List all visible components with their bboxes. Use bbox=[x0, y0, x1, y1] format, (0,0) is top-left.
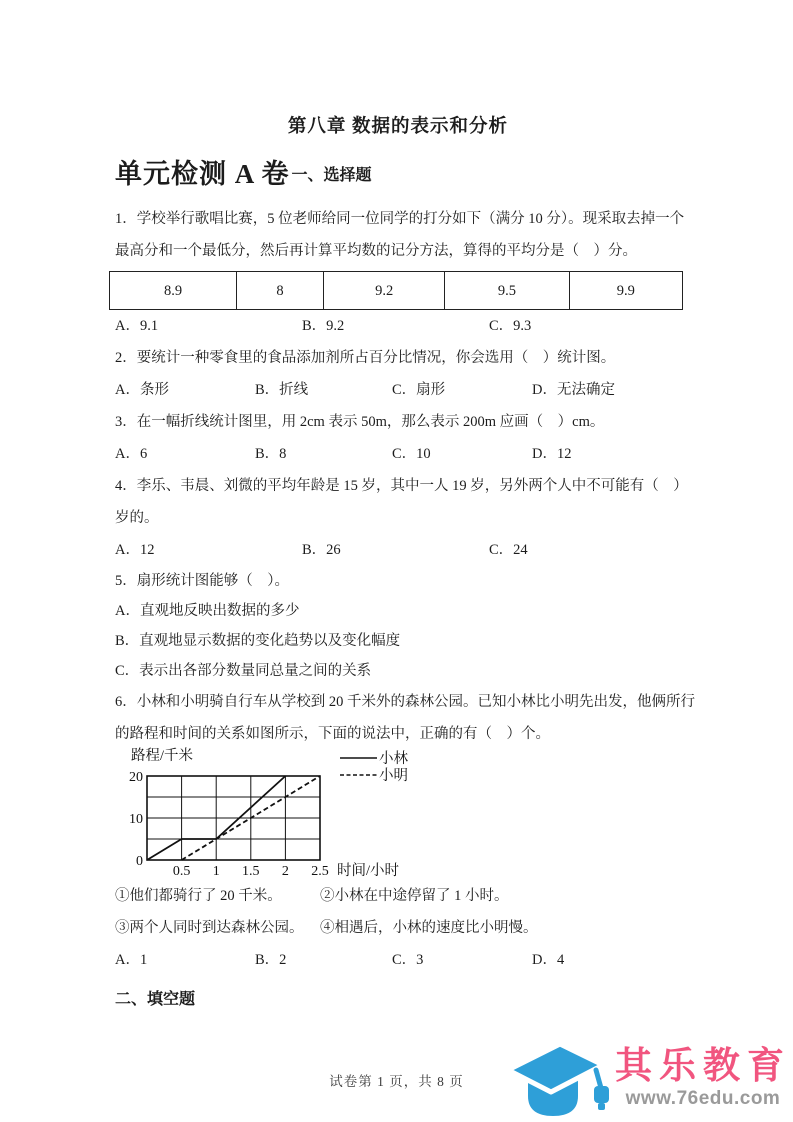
q5-option-b: B．直观地显示数据的变化趋势以及变化幅度 bbox=[115, 626, 681, 656]
q1-option-c: C．9.3 bbox=[489, 310, 676, 342]
q4-option-b: B．26 bbox=[302, 534, 489, 566]
q3-option-d: D．12 bbox=[532, 438, 571, 470]
q6-option-b: B．2 bbox=[255, 944, 392, 976]
q1-text-line1: 1．学校举行歌唱比赛，5 位老师给同一位同学的打分如下（满分 10 分）。现采取… bbox=[115, 203, 681, 235]
brand-logo: 其乐教育 www.76edu.com bbox=[498, 1030, 793, 1122]
q3-option-b: B．8 bbox=[255, 438, 392, 470]
q2-option-c: C．扇形 bbox=[392, 374, 532, 406]
x-tick-label: 1 bbox=[213, 864, 220, 879]
score-cell: 8 bbox=[237, 272, 324, 310]
graduation-cap-icon bbox=[498, 1030, 610, 1122]
score-cell: 9.2 bbox=[323, 272, 444, 310]
q1-options-row: A．9.1B．9.2C．9.3 bbox=[115, 310, 681, 342]
unit-test-heading: 单元检测 A 卷 bbox=[115, 159, 290, 189]
q6-statement-1: ①他们都骑行了 20 千米。 bbox=[115, 880, 320, 912]
score-cell: 8.9 bbox=[110, 272, 237, 310]
exam-document: 第八章 数据的表示和分析 单元检测 A 卷一、选择题 1．学校举行歌唱比赛，5 … bbox=[115, 0, 681, 1016]
score-cell: 9.9 bbox=[569, 272, 683, 310]
q1-option-a: A．9.1 bbox=[115, 310, 302, 342]
brand-name: 其乐教育 bbox=[610, 1044, 793, 1088]
y-tick-label: 20 bbox=[129, 770, 143, 785]
q6-chart-area: 0.511.522.501020小林小明路程/千米时间/小时 bbox=[115, 744, 681, 880]
q4-text-line2: 岁的。 bbox=[115, 502, 681, 534]
q1-text-line2: 最高分和一个最低分，然后再计算平均数的记分方法，算得的平均分是（ ）分。 bbox=[115, 235, 681, 267]
q4-option-a: A．12 bbox=[115, 534, 302, 566]
x-tick-label: 1.5 bbox=[242, 864, 259, 879]
q6-statement-4: ④相遇后，小林的速度比小明慢。 bbox=[320, 912, 538, 944]
q5-option-c: C．表示出各部分数量同总量之间的关系 bbox=[115, 656, 681, 686]
x-axis-label: 时间/小时 bbox=[337, 862, 400, 879]
part1-heading: 一、选择题 bbox=[292, 167, 372, 184]
brand-text-block: 其乐教育 www.76edu.com bbox=[610, 1044, 793, 1110]
q6-statements-row1: ①他们都骑行了 20 千米。②小林在中途停留了 1 小时。 bbox=[115, 880, 681, 912]
q5-option-a: A．直观地反映出数据的多少 bbox=[115, 596, 681, 626]
q6-statements-row2: ③两个人同时到达森林公园。④相遇后，小林的速度比小明慢。 bbox=[115, 912, 681, 944]
section-heading-row: 单元检测 A 卷一、选择题 bbox=[115, 156, 681, 197]
q2-option-d: D．无法确定 bbox=[532, 374, 615, 406]
brand-url: www.76edu.com bbox=[610, 1088, 793, 1110]
q4-options-row: A．12B．26C．24 bbox=[115, 534, 681, 566]
q1-score-table: 8.9 8 9.2 9.5 9.9 bbox=[109, 271, 683, 310]
y-tick-label: 10 bbox=[129, 812, 143, 827]
legend-label: 小明 bbox=[379, 767, 408, 784]
x-tick-label: 2 bbox=[282, 864, 289, 879]
q6-text-line1: 6．小林和小明骑自行车从学校到 20 千米外的森林公园。已知小林比小明先出发，他… bbox=[115, 686, 681, 718]
q2-text: 2．要统计一种零食里的食品添加剂所占百分比情况，你会选用（ ）统计图。 bbox=[115, 342, 681, 374]
y-tick-label: 0 bbox=[136, 854, 143, 869]
page-title: 第八章 数据的表示和分析 bbox=[115, 112, 681, 142]
q3-text: 3．在一幅折线统计图里，用 2cm 表示 50m，那么表示 200m 应画（ ）… bbox=[115, 406, 681, 438]
q6-option-d: D．4 bbox=[532, 944, 564, 976]
q5-text: 5．扇形统计图能够（ ）。 bbox=[115, 566, 681, 596]
q1-option-b: B．9.2 bbox=[302, 310, 489, 342]
score-cell: 9.5 bbox=[445, 272, 569, 310]
q2-option-b: B．折线 bbox=[255, 374, 392, 406]
q6-options-row: A．1B．2C．3D．4 bbox=[115, 944, 681, 976]
q3-option-a: A．6 bbox=[115, 438, 255, 470]
q6-option-c: C．3 bbox=[392, 944, 532, 976]
q6-statement-2: ②小林在中途停留了 1 小时。 bbox=[320, 880, 509, 912]
q4-option-c: C．24 bbox=[489, 534, 676, 566]
x-tick-label: 0.5 bbox=[173, 864, 191, 879]
q3-option-c: C．10 bbox=[392, 438, 532, 470]
score-row: 8.9 8 9.2 9.5 9.9 bbox=[110, 272, 683, 310]
q3-options-row: A．6B．8C．10D．12 bbox=[115, 438, 681, 470]
y-axis-label: 路程/千米 bbox=[131, 747, 194, 764]
distance-time-line-chart: 0.511.522.501020小林小明路程/千米时间/小时 bbox=[115, 744, 495, 880]
q2-options-row: A．条形B．折线C．扇形D．无法确定 bbox=[115, 374, 681, 406]
x-tick-label: 2.5 bbox=[311, 864, 329, 879]
legend-label: 小林 bbox=[379, 750, 408, 767]
q6-option-a: A．1 bbox=[115, 944, 255, 976]
q2-option-a: A．条形 bbox=[115, 374, 255, 406]
part2-heading: 二、填空题 bbox=[115, 984, 681, 1016]
q6-statement-3: ③两个人同时到达森林公园。 bbox=[115, 912, 320, 944]
q4-text-line1: 4．李乐、韦晨、刘微的平均年龄是 15 岁，其中一人 19 岁，另外两个人中不可… bbox=[115, 470, 681, 502]
